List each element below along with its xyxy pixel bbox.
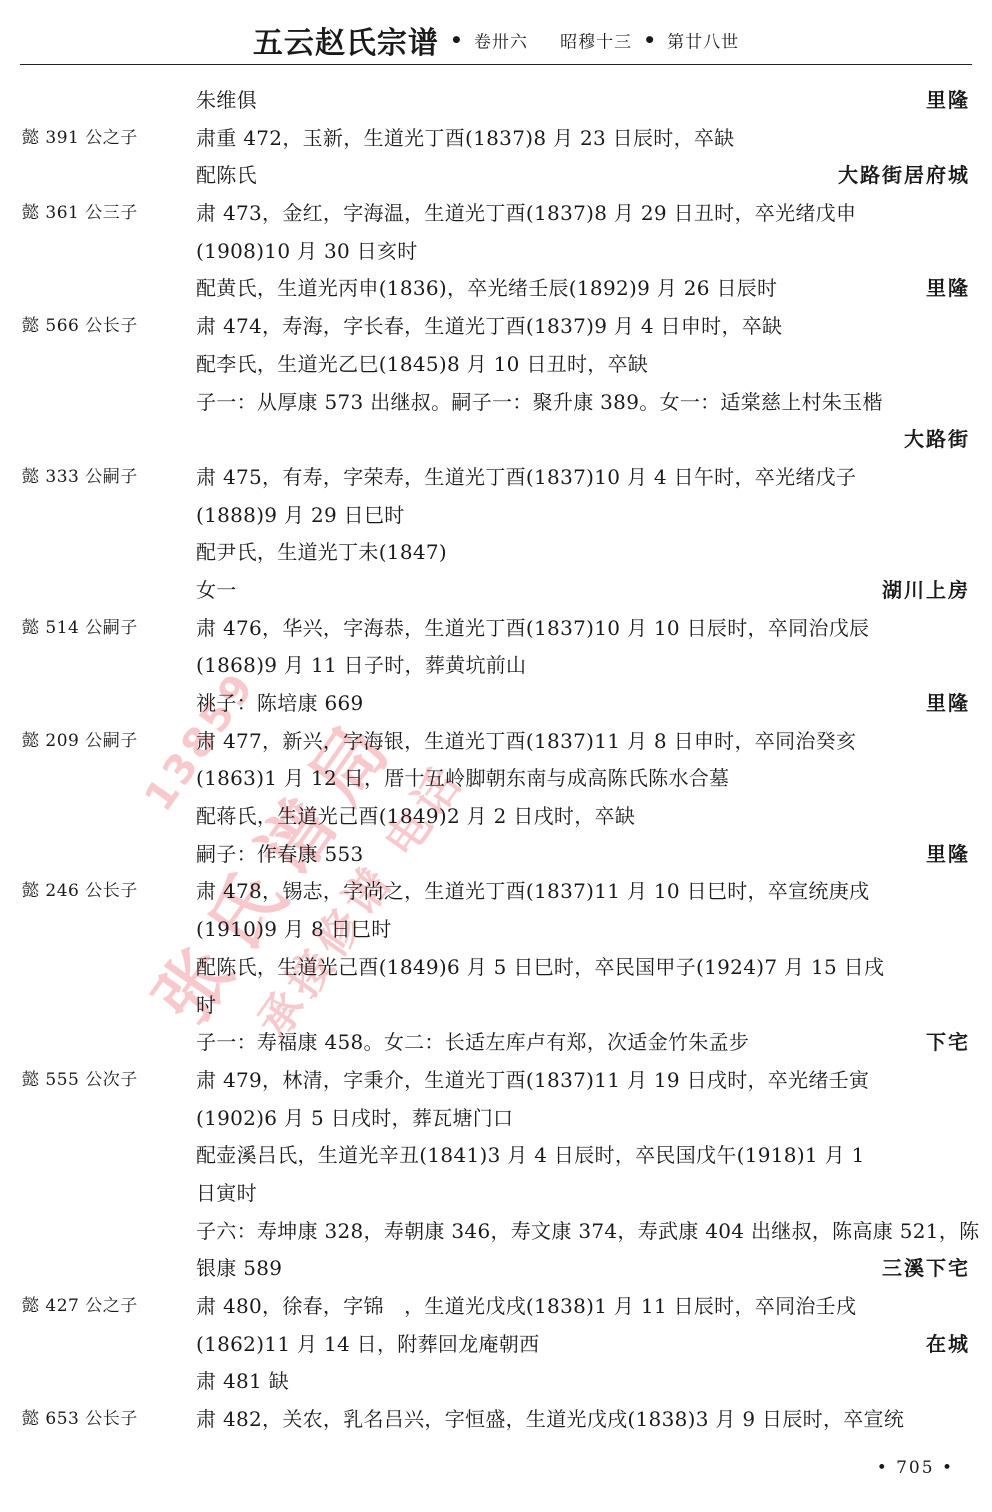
entry-line: 嗣子：作春康 553里隆	[0, 836, 992, 874]
entry-text: 配陈氏	[196, 157, 257, 195]
entry-line: 懿 333 公嗣子肃 475，有寿，字荣寿，生道光丁酉(1837)10 月 4 …	[0, 459, 992, 497]
entry-line: 女一湖川上房	[0, 572, 992, 610]
entry-line: 配陈氏，生道光己酉(1849)6 月 5 日巳时，卒民国甲子(1924)7 月 …	[0, 949, 992, 987]
entry-line: 配壶溪吕氏，生道光辛丑(1841)3 月 4 日辰时，卒民国戊午(1918)1 …	[0, 1137, 992, 1175]
entry-line: 子六：寿坤康 328，寿朝康 346，寿文康 374，寿武康 404 出继叔，陈…	[0, 1213, 992, 1251]
residence-label: 大路街居府城	[838, 157, 970, 195]
entry-line: 肃 481 缺	[0, 1363, 992, 1401]
parent-ref: 懿 246 公长子	[22, 873, 138, 911]
entry-line: 懿 361 公三子肃 473，金红，字海温，生道光丁酉(1837)8 月 29 …	[0, 195, 992, 233]
entry-line: 配蒋氏，生道光己酉(1849)2 月 2 日戌时，卒缺	[0, 798, 992, 836]
entry-text: 肃 475，有寿，字荣寿，生道光丁酉(1837)10 月 4 日午时，卒光绪戊子	[196, 459, 856, 497]
entry-line: 懿 653 公长子肃 482，关农，乳名吕兴，字恒盛，生道光戊戌(1838)3 …	[0, 1401, 992, 1439]
section-label: 昭穆十三	[560, 33, 632, 53]
entry-text: 肃 480，徐春，字锦 ，生道光戊戌(1838)1 月 11 日辰时，卒同治壬戌	[196, 1288, 856, 1326]
entry-text: (1868)9 月 11 日子时，葬黄坑前山	[196, 647, 526, 685]
residence-label: 里隆	[926, 685, 970, 723]
header-separator-2: •	[643, 28, 656, 52]
entry-text: (1888)9 月 29 日巳时	[196, 497, 405, 535]
entry-line: 配李氏，生道光乙巳(1845)8 月 10 日丑时，卒缺	[0, 346, 992, 384]
entry-line: 配尹氏，生道光丁未(1847)	[0, 534, 992, 572]
entry-text: 朱维俱	[196, 82, 257, 120]
residence-label: 大路街	[904, 421, 970, 459]
entry-text: 配黄氏，生道光丙申(1836)，卒光绪壬辰(1892)9 月 26 日辰时	[196, 270, 777, 308]
entry-text: 肃重 472，玉新，生道光丁酉(1837)8 月 23 日辰时，卒缺	[196, 120, 734, 158]
entry-line: 祧子：陈培康 669里隆	[0, 685, 992, 723]
entry-line: (1863)1 月 12 日，厝十五岭脚朝东南与成高陈氏陈水合墓	[0, 760, 992, 798]
entry-text: 肃 476，华兴，字海恭，生道光丁酉(1837)10 月 10 日辰时，卒同治戊…	[196, 610, 869, 648]
entry-text: 肃 478，锡志，字尚之，生道光丁酉(1837)11 月 10 日巳时，卒宣统庚…	[196, 873, 869, 911]
parent-ref: 懿 391 公之子	[22, 120, 138, 158]
entry-text: 嗣子：作春康 553	[196, 836, 364, 874]
page-header: 五云赵氏宗谱 • 卷卅六 昭穆十三 • 第廿八世	[0, 18, 992, 62]
entry-text: 祧子：陈培康 669	[196, 685, 364, 723]
entry-text: 银康 589	[196, 1250, 282, 1288]
entry-text: 肃 482，关农，乳名吕兴，字恒盛，生道光戊戌(1838)3 月 9 日辰时，卒…	[196, 1401, 904, 1439]
entry-text: (1910)9 月 8 日巳时	[196, 911, 392, 949]
entry-line: 懿 427 公之子肃 480，徐春，字锦 ，生道光戊戌(1838)1 月 11 …	[0, 1288, 992, 1326]
parent-ref: 懿 427 公之子	[22, 1288, 138, 1326]
entry-text: (1862)11 月 14 日，附葬回龙庵朝西	[196, 1326, 539, 1364]
entry-text: (1902)6 月 5 日戌时，葬瓦塘门口	[196, 1100, 513, 1138]
entry-line: 朱维俱里隆	[0, 82, 992, 120]
entry-line: 子一：寿福康 458。女二：长适左库卢有郑，次适金竹朱孟步下宅	[0, 1024, 992, 1062]
entry-text: 配蒋氏，生道光己酉(1849)2 月 2 日戌时，卒缺	[196, 798, 635, 836]
genealogy-entries: 朱维俱里隆 懿 391 公之子肃重 472，玉新，生道光丁酉(1837)8 月 …	[0, 82, 992, 1439]
residence-label: 里隆	[926, 82, 970, 120]
entry-line: 银康 589三溪下宅	[0, 1250, 992, 1288]
entry-line: 懿 566 公长子肃 474，寿海，字长春，生道光丁酉(1837)9 月 4 日…	[0, 308, 992, 346]
entry-text: (1908)10 月 30 日亥时	[196, 233, 418, 271]
entry-text: 肃 474，寿海，字长春，生道光丁酉(1837)9 月 4 日申时，卒缺	[196, 308, 782, 346]
entry-line: 懿 246 公长子肃 478，锡志，字尚之，生道光丁酉(1837)11 月 10…	[0, 873, 992, 911]
entry-text: 日寅时	[196, 1175, 257, 1213]
residence-label: 在城	[926, 1326, 970, 1364]
residence-label: 里隆	[926, 270, 970, 308]
entry-text: 子六：寿坤康 328，寿朝康 346，寿文康 374，寿武康 404 出继叔，陈…	[196, 1213, 979, 1251]
entry-line: 懿 555 公次子肃 479，林清，字秉介，生道光丁酉(1837)11 月 19…	[0, 1062, 992, 1100]
residence-label: 里隆	[926, 836, 970, 874]
entry-line: (1910)9 月 8 日巳时	[0, 911, 992, 949]
entry-text: 子一：寿福康 458。女二：长适左库卢有郑，次适金竹朱孟步	[196, 1024, 749, 1062]
residence-label: 下宅	[926, 1024, 970, 1062]
entry-text: 女一	[196, 572, 237, 610]
entry-line: 懿 209 公嗣子肃 477，新兴，字海银，生道光丁酉(1837)11 月 8 …	[0, 723, 992, 761]
parent-ref: 懿 209 公嗣子	[22, 723, 138, 761]
entry-text: 肃 479，林清，字秉介，生道光丁酉(1837)11 月 19 日戌时，卒光绪壬…	[196, 1062, 869, 1100]
entry-line: 配陈氏大路街居府城	[0, 157, 992, 195]
parent-ref: 懿 653 公长子	[22, 1401, 138, 1439]
entry-line: 配黄氏，生道光丙申(1836)，卒光绪壬辰(1892)9 月 26 日辰时里隆	[0, 270, 992, 308]
entry-text: 配李氏，生道光乙巳(1845)8 月 10 日丑时，卒缺	[196, 346, 648, 384]
book-title: 五云赵氏宗谱	[253, 26, 439, 61]
entry-line: (1888)9 月 29 日巳时	[0, 497, 992, 535]
page-number: • 705 •	[877, 1458, 954, 1478]
parent-ref: 懿 555 公次子	[22, 1062, 138, 1100]
entry-text: 配陈氏，生道光己酉(1849)6 月 5 日巳时，卒民国甲子(1924)7 月 …	[196, 949, 884, 987]
parent-ref: 懿 566 公长子	[22, 308, 138, 346]
entry-line: 懿 514 公嗣子肃 476，华兴，字海恭，生道光丁酉(1837)10 月 10…	[0, 610, 992, 648]
header-rule	[20, 64, 972, 65]
entry-line: (1862)11 月 14 日，附葬回龙庵朝西在城	[0, 1326, 992, 1364]
entry-text: (1863)1 月 12 日，厝十五岭脚朝东南与成高陈氏陈水合墓	[196, 760, 729, 798]
entry-line: 时	[0, 987, 992, 1025]
entry-text: 时	[196, 987, 216, 1025]
entry-line: 子一：从厚康 573 出继叔。嗣子一：聚升康 389。女一：适棠慈上村朱玉楷	[0, 384, 992, 422]
entry-text: 肃 481 缺	[196, 1363, 289, 1401]
entry-text: 肃 473，金红，字海温，生道光丁酉(1837)8 月 29 日丑时，卒光绪戊申	[196, 195, 856, 233]
entry-line: 大路街	[0, 421, 992, 459]
entry-text: 肃 477，新兴，字海银，生道光丁酉(1837)11 月 8 日申时，卒同治癸亥	[196, 723, 856, 761]
residence-label: 三溪下宅	[882, 1250, 970, 1288]
generation-label: 第廿八世	[667, 33, 739, 53]
entry-text: 子一：从厚康 573 出继叔。嗣子一：聚升康 389。女一：适棠慈上村朱玉楷	[196, 384, 883, 422]
entry-text: 配尹氏，生道光丁未(1847)	[196, 534, 447, 572]
entry-line: (1902)6 月 5 日戌时，葬瓦塘门口	[0, 1100, 992, 1138]
entry-line: 日寅时	[0, 1175, 992, 1213]
entry-line: (1868)9 月 11 日子时，葬黄坑前山	[0, 647, 992, 685]
entry-text: 配壶溪吕氏，生道光辛丑(1841)3 月 4 日辰时，卒民国戊午(1918)1 …	[196, 1137, 865, 1175]
parent-ref: 懿 514 公嗣子	[22, 610, 138, 648]
volume-label: 卷卅六	[474, 33, 528, 53]
residence-label: 湖川上房	[882, 572, 970, 610]
header-separator: •	[450, 28, 463, 52]
entry-line: (1908)10 月 30 日亥时	[0, 233, 992, 271]
entry-line: 懿 391 公之子肃重 472，玉新，生道光丁酉(1837)8 月 23 日辰时…	[0, 120, 992, 158]
parent-ref: 懿 333 公嗣子	[22, 459, 138, 497]
parent-ref: 懿 361 公三子	[22, 195, 138, 233]
